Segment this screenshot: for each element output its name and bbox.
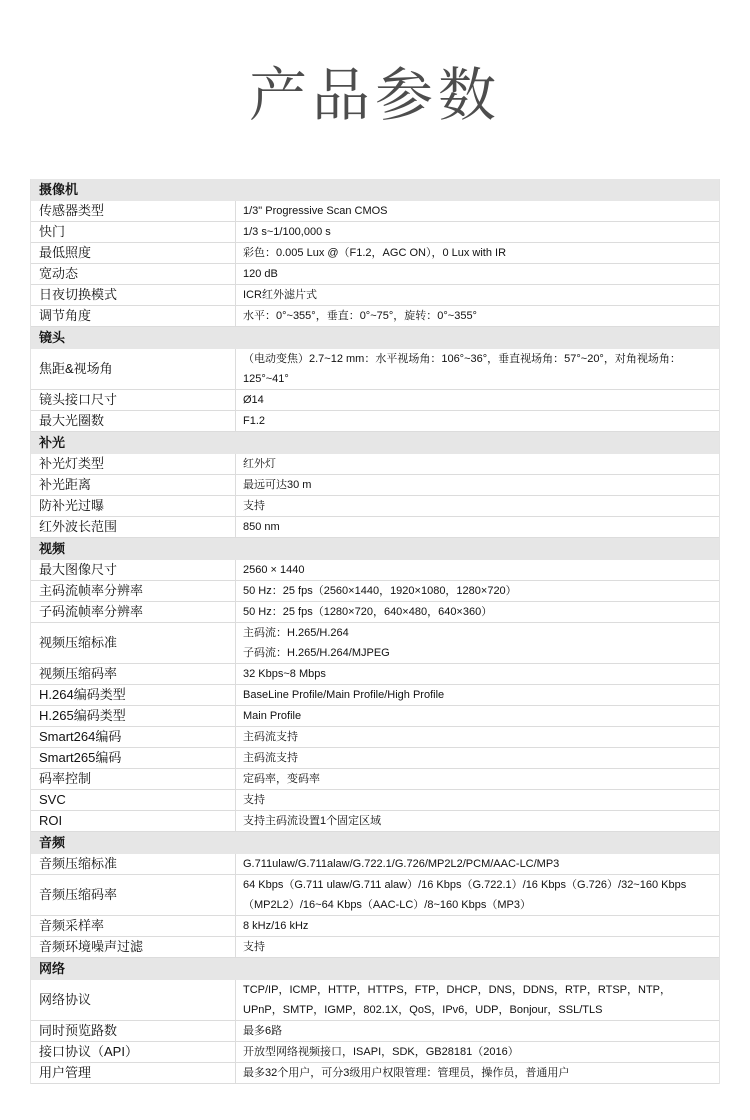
spec-row: 镜头接口尺寸Ø14: [31, 390, 719, 411]
spec-label: 主码流帧率分辨率: [31, 581, 235, 601]
spec-value: ICR红外滤片式: [235, 285, 719, 305]
spec-row: 网络协议TCP/IP，ICMP，HTTP，HTTPS，FTP，DHCP，DNS，…: [31, 980, 719, 1021]
spec-label: 用户管理: [31, 1063, 235, 1083]
spec-row: 补光距离最远可达30 m: [31, 475, 719, 496]
spec-value-text: 主码流支持: [243, 748, 298, 768]
spec-row: 最大图像尺寸2560 × 1440: [31, 560, 719, 581]
section-header: 摄像机: [31, 179, 719, 201]
spec-value: 1/3 s~1/100,000 s: [235, 222, 719, 242]
spec-label: 码率控制: [31, 769, 235, 789]
spec-label: 音频采样率: [31, 916, 235, 936]
spec-row: 子码流帧率分辨率50 Hz：25 fps（1280×720，640×480，64…: [31, 602, 719, 623]
spec-row: 日夜切换模式ICR红外滤片式: [31, 285, 719, 306]
spec-label: 音频环境噪声过滤: [31, 937, 235, 957]
spec-value: 支持: [235, 496, 719, 516]
spec-row: 码率控制定码率，变码率: [31, 769, 719, 790]
section-header: 镜头: [31, 327, 719, 349]
spec-value-text: 最远可达30 m: [243, 475, 311, 495]
spec-value-text: G.711ulaw/G.711alaw/G.722.1/G.726/MP2L2/…: [243, 854, 559, 874]
spec-value: 最多6路: [235, 1021, 719, 1041]
spec-value-text: 红外灯: [243, 454, 276, 474]
spec-value-text: 支持: [243, 790, 265, 810]
spec-row: 防补光过曝支持: [31, 496, 719, 517]
spec-value: （电动变焦）2.7~12 mm：水平视场角：106°~36°，垂直视场角：57°…: [235, 349, 719, 389]
spec-label: ROI: [31, 811, 235, 831]
spec-row: 音频压缩标准G.711ulaw/G.711alaw/G.722.1/G.726/…: [31, 854, 719, 875]
spec-value-text: BaseLine Profile/Main Profile/High Profi…: [243, 685, 444, 705]
spec-row: 调节角度水平：0°~355°，垂直：0°~75°，旋转：0°~355°: [31, 306, 719, 327]
spec-row: 接口协议（API）开放型网络视频接口，ISAPI，SDK，GB28181（201…: [31, 1042, 719, 1063]
spec-row: 红外波长范围850 nm: [31, 517, 719, 538]
spec-value: 2560 × 1440: [235, 560, 719, 580]
spec-label: 视频压缩标准: [31, 623, 235, 663]
spec-row: 视频压缩标准主码流：H.265/H.264 子码流：H.265/H.264/MJ…: [31, 623, 719, 664]
spec-label: 同时预览路数: [31, 1021, 235, 1041]
spec-label: 网络协议: [31, 980, 235, 1020]
spec-value-text: 32 Kbps~8 Mbps: [243, 664, 326, 684]
spec-value: 1/3" Progressive Scan CMOS: [235, 201, 719, 221]
spec-value-text: 支持: [243, 937, 265, 957]
spec-value-text: 定码率，变码率: [243, 769, 320, 789]
spec-value-text: Main Profile: [243, 706, 301, 726]
spec-value-text: 主码流：H.265/H.264 子码流：H.265/H.264/MJPEG: [243, 623, 390, 663]
spec-value-text: TCP/IP，ICMP，HTTP，HTTPS，FTP，DHCP，DNS，DDNS…: [243, 980, 709, 1020]
spec-label: SVC: [31, 790, 235, 810]
spec-value-text: 8 kHz/16 kHz: [243, 916, 308, 936]
spec-value: 50 Hz：25 fps（2560×1440，1920×1080，1280×72…: [235, 581, 719, 601]
spec-value: 支持主码流设置1个固定区域: [235, 811, 719, 831]
spec-label: 调节角度: [31, 306, 235, 326]
spec-label: 传感器类型: [31, 201, 235, 221]
spec-label: 最低照度: [31, 243, 235, 263]
spec-value-text: 彩色：0.005 Lux @（F1.2，AGC ON），0 Lux with I…: [243, 243, 506, 263]
spec-value: 主码流支持: [235, 727, 719, 747]
spec-row: 主码流帧率分辨率50 Hz：25 fps（2560×1440，1920×1080…: [31, 581, 719, 602]
spec-value-text: 支持主码流设置1个固定区域: [243, 811, 381, 831]
spec-value: BaseLine Profile/Main Profile/High Profi…: [235, 685, 719, 705]
spec-value-text: 1/3" Progressive Scan CMOS: [243, 201, 388, 221]
spec-value: G.711ulaw/G.711alaw/G.722.1/G.726/MP2L2/…: [235, 854, 719, 874]
spec-value: 支持: [235, 790, 719, 810]
page-title: 产品参数: [0, 56, 750, 136]
spec-value-text: 850 nm: [243, 517, 280, 537]
spec-value: 最多32个用户，可分3级用户权限管理：管理员，操作员，普通用户: [235, 1063, 719, 1083]
spec-label: 子码流帧率分辨率: [31, 602, 235, 622]
spec-row: 音频采样率8 kHz/16 kHz: [31, 916, 719, 937]
spec-value: F1.2: [235, 411, 719, 431]
spec-value: 120 dB: [235, 264, 719, 284]
spec-row: 补光灯类型红外灯: [31, 454, 719, 475]
spec-label: 音频压缩标准: [31, 854, 235, 874]
spec-value: 64 Kbps（G.711 ulaw/G.711 alaw）/16 Kbps（G…: [235, 875, 719, 915]
spec-value-text: 主码流支持: [243, 727, 298, 747]
spec-value: 主码流支持: [235, 748, 719, 768]
spec-value: 主码流：H.265/H.264 子码流：H.265/H.264/MJPEG: [235, 623, 719, 663]
spec-row: SVC支持: [31, 790, 719, 811]
spec-table: 摄像机传感器类型1/3" Progressive Scan CMOS快门1/3 …: [30, 179, 720, 1084]
spec-label: H.265编码类型: [31, 706, 235, 726]
spec-row: 同时预览路数最多6路: [31, 1021, 719, 1042]
section-header: 网络: [31, 958, 719, 980]
section-header: 音频: [31, 832, 719, 854]
spec-label: 快门: [31, 222, 235, 242]
spec-value-text: 2560 × 1440: [243, 560, 304, 580]
spec-row: Smart264编码主码流支持: [31, 727, 719, 748]
spec-value: 水平：0°~355°，垂直：0°~75°，旋转：0°~355°: [235, 306, 719, 326]
spec-value: TCP/IP，ICMP，HTTP，HTTPS，FTP，DHCP，DNS，DDNS…: [235, 980, 719, 1020]
spec-row: 音频压缩码率64 Kbps（G.711 ulaw/G.711 alaw）/16 …: [31, 875, 719, 916]
spec-label: 宽动态: [31, 264, 235, 284]
spec-value-text: 50 Hz：25 fps（1280×720，640×480，640×360）: [243, 602, 492, 622]
spec-row: 最大光圈数F1.2: [31, 411, 719, 432]
spec-row: 快门1/3 s~1/100,000 s: [31, 222, 719, 243]
spec-value: 850 nm: [235, 517, 719, 537]
spec-row: H.264编码类型BaseLine Profile/Main Profile/H…: [31, 685, 719, 706]
spec-row: 最低照度彩色：0.005 Lux @（F1.2，AGC ON），0 Lux wi…: [31, 243, 719, 264]
spec-label: 接口协议（API）: [31, 1042, 235, 1062]
spec-row: H.265编码类型Main Profile: [31, 706, 719, 727]
spec-label: 视频压缩码率: [31, 664, 235, 684]
spec-row: Smart265编码主码流支持: [31, 748, 719, 769]
spec-label: 防补光过曝: [31, 496, 235, 516]
spec-label: H.264编码类型: [31, 685, 235, 705]
spec-value-text: （电动变焦）2.7~12 mm：水平视场角：106°~36°，垂直视场角：57°…: [243, 349, 709, 389]
spec-value-text: 开放型网络视频接口，ISAPI，SDK，GB28181（2016）: [243, 1042, 519, 1062]
spec-value-text: ICR红外滤片式: [243, 285, 317, 305]
spec-value-text: 120 dB: [243, 264, 278, 284]
spec-row: 用户管理最多32个用户，可分3级用户权限管理：管理员，操作员，普通用户: [31, 1063, 719, 1084]
spec-label: Smart264编码: [31, 727, 235, 747]
spec-value-text: 50 Hz：25 fps（2560×1440，1920×1080，1280×72…: [243, 581, 517, 601]
spec-label: Smart265编码: [31, 748, 235, 768]
spec-row: 焦距&视场角（电动变焦）2.7~12 mm：水平视场角：106°~36°，垂直视…: [31, 349, 719, 390]
spec-value-text: 最多32个用户，可分3级用户权限管理：管理员，操作员，普通用户: [243, 1063, 569, 1083]
spec-label: 最大图像尺寸: [31, 560, 235, 580]
spec-row: 宽动态120 dB: [31, 264, 719, 285]
spec-value: 定码率，变码率: [235, 769, 719, 789]
spec-row: 音频环境噪声过滤支持: [31, 937, 719, 958]
spec-value: Ø14: [235, 390, 719, 410]
spec-label: 补光灯类型: [31, 454, 235, 474]
spec-row: ROI支持主码流设置1个固定区域: [31, 811, 719, 832]
spec-label: 焦距&视场角: [31, 349, 235, 389]
spec-value-text: 64 Kbps（G.711 ulaw/G.711 alaw）/16 Kbps（G…: [243, 875, 709, 915]
spec-row: 视频压缩码率32 Kbps~8 Mbps: [31, 664, 719, 685]
spec-value: 支持: [235, 937, 719, 957]
spec-label: 补光距离: [31, 475, 235, 495]
spec-value-text: 支持: [243, 496, 265, 516]
spec-value-text: 水平：0°~355°，垂直：0°~75°，旋转：0°~355°: [243, 306, 477, 326]
spec-label: 镜头接口尺寸: [31, 390, 235, 410]
spec-value: 最远可达30 m: [235, 475, 719, 495]
spec-value-text: 最多6路: [243, 1021, 282, 1041]
spec-value: 32 Kbps~8 Mbps: [235, 664, 719, 684]
spec-value: 彩色：0.005 Lux @（F1.2，AGC ON），0 Lux with I…: [235, 243, 719, 263]
spec-value: 开放型网络视频接口，ISAPI，SDK，GB28181（2016）: [235, 1042, 719, 1062]
spec-value: 50 Hz：25 fps（1280×720，640×480，640×360）: [235, 602, 719, 622]
spec-label: 音频压缩码率: [31, 875, 235, 915]
spec-value-text: 1/3 s~1/100,000 s: [243, 222, 331, 242]
spec-value-text: Ø14: [243, 390, 264, 410]
section-header: 补光: [31, 432, 719, 454]
section-header: 视频: [31, 538, 719, 560]
spec-label: 日夜切换模式: [31, 285, 235, 305]
spec-value-text: F1.2: [243, 411, 265, 431]
spec-row: 传感器类型1/3" Progressive Scan CMOS: [31, 201, 719, 222]
spec-value: 8 kHz/16 kHz: [235, 916, 719, 936]
spec-label: 最大光圈数: [31, 411, 235, 431]
spec-value: 红外灯: [235, 454, 719, 474]
spec-value: Main Profile: [235, 706, 719, 726]
spec-label: 红外波长范围: [31, 517, 235, 537]
